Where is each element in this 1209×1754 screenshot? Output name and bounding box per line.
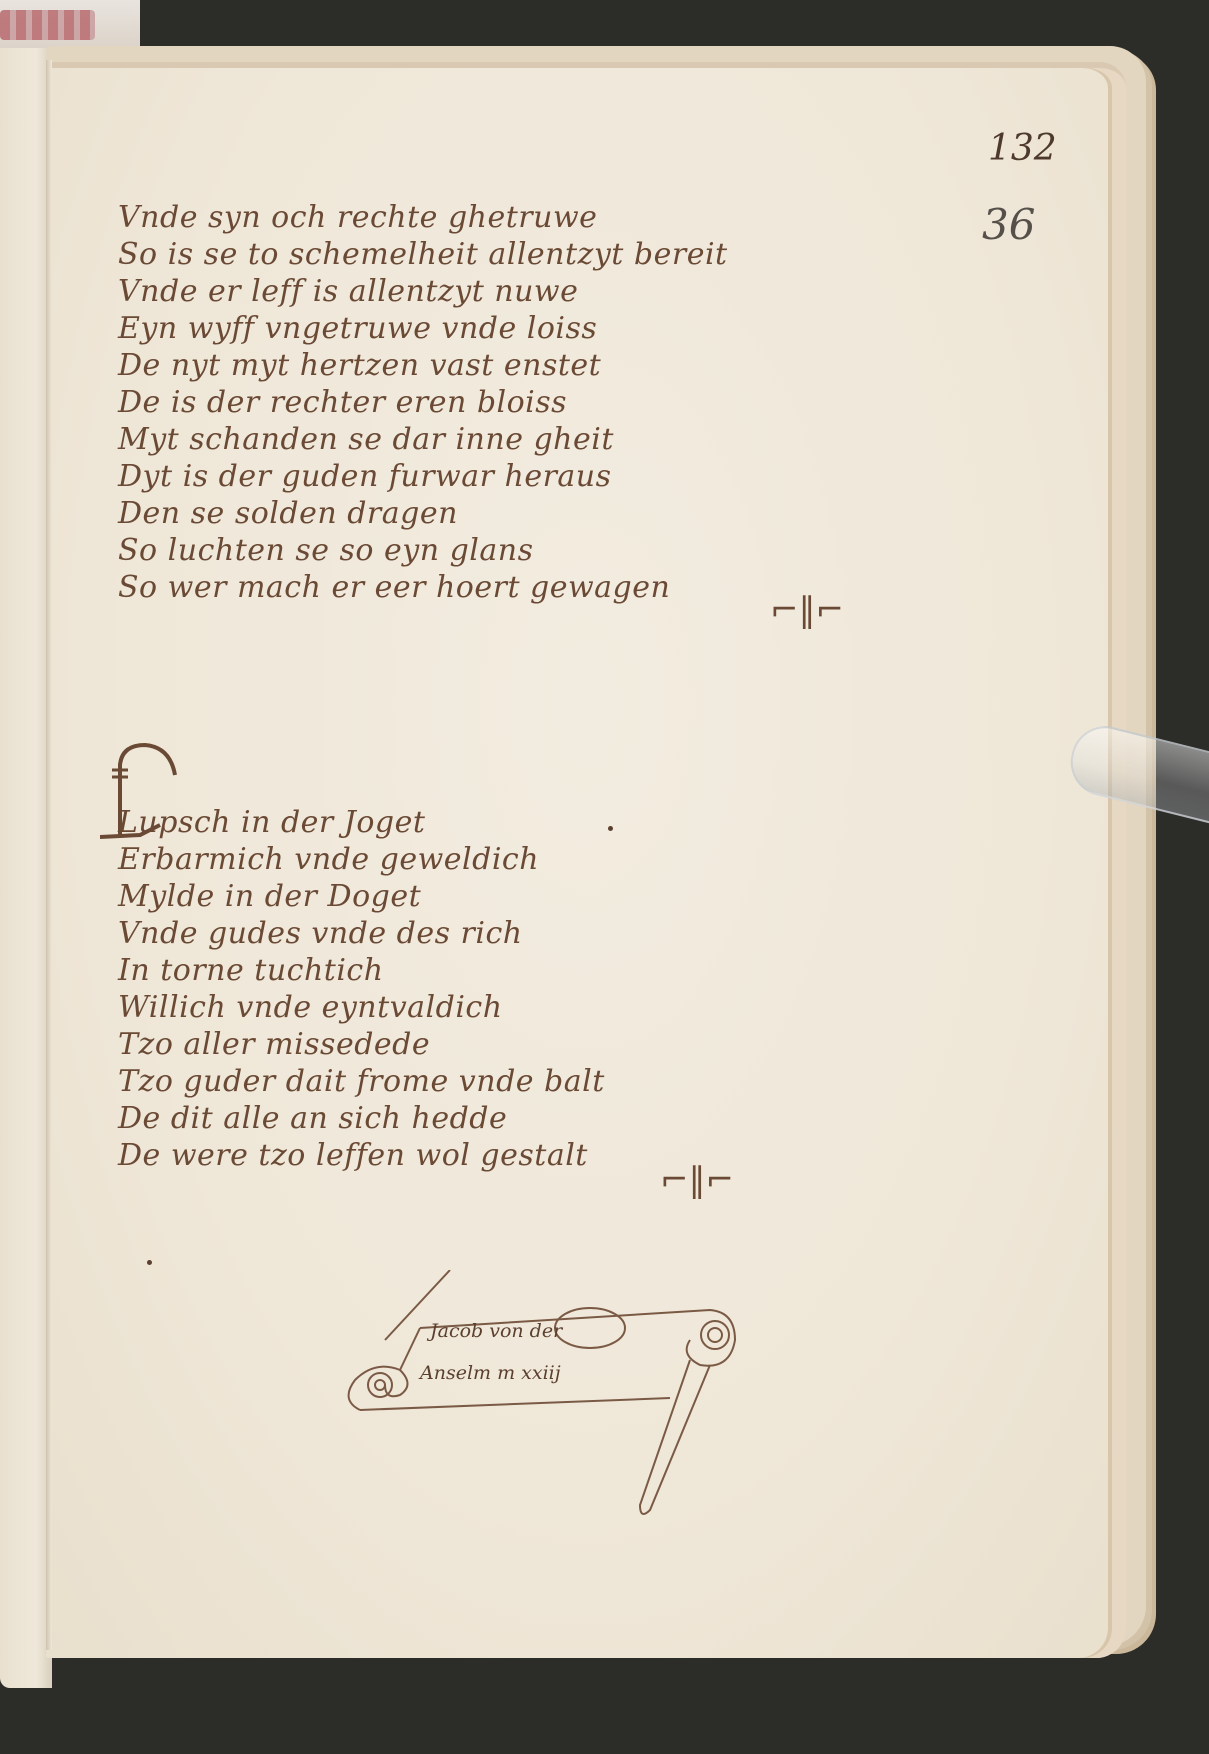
poem-line: So luchten se so eyn glans — [118, 533, 534, 568]
left-page-edge — [0, 48, 52, 1688]
poem-line: Tzo guder dait frome vnde balt — [118, 1064, 605, 1099]
poem-line: De dit alle an sich hedde — [118, 1101, 507, 1136]
poem-line: Erbarmich vnde geweldich — [118, 842, 539, 877]
scroll-inscription-line-2: Anselm m xxiij — [420, 1362, 561, 1384]
poem-line: Eyn wyff vngetruwe vnde loiss — [118, 311, 597, 346]
line-end-flourish-icon: ⌐‖⌐ — [770, 590, 844, 630]
folio-number-secondary: 36 — [982, 200, 1035, 249]
poem-line: Vnde er leff is allentzyt nuwe — [118, 274, 578, 309]
poem-line: In torne tuchtich — [118, 953, 384, 988]
banderole-scroll-drawing-icon — [340, 1270, 750, 1520]
ink-dot — [147, 1260, 152, 1265]
poem-line: Dyt is der guden furwar heraus — [118, 459, 612, 494]
poem-line: Lupsch in der Joget — [118, 805, 425, 840]
poem-line: Mylde in der Doget — [118, 879, 421, 914]
binding-thread — [0, 10, 95, 40]
poem-line: Vnde syn och rechte ghetruwe — [118, 200, 597, 235]
line-end-flourish-icon: ⌐‖⌐ — [660, 1160, 734, 1200]
poem-line: Den se solden dragen — [118, 496, 458, 531]
poem-line: Myt schanden se dar inne gheit — [118, 422, 614, 457]
poem-line: Tzo aller missedede — [118, 1027, 430, 1062]
scroll-inscription-line-1: Jacob von der — [430, 1320, 562, 1342]
poem-line: De nyt myt hertzen vast enstet — [118, 348, 601, 383]
poem-line: Willich vnde eyntvaldich — [118, 990, 503, 1025]
poem-line: Vnde gudes vnde des rich — [118, 916, 523, 951]
gutter-fold — [46, 60, 52, 1650]
poem-line: De were tzo leffen wol gestalt — [118, 1138, 588, 1173]
poem-line: So wer mach er eer hoert gewagen — [118, 570, 670, 605]
ink-dot — [608, 826, 613, 831]
poem-line: So is se to schemelheit allentzyt bereit — [118, 237, 728, 272]
poem-line: De is der rechter eren bloiss — [118, 385, 567, 420]
folio-number-primary: 132 — [988, 128, 1057, 169]
